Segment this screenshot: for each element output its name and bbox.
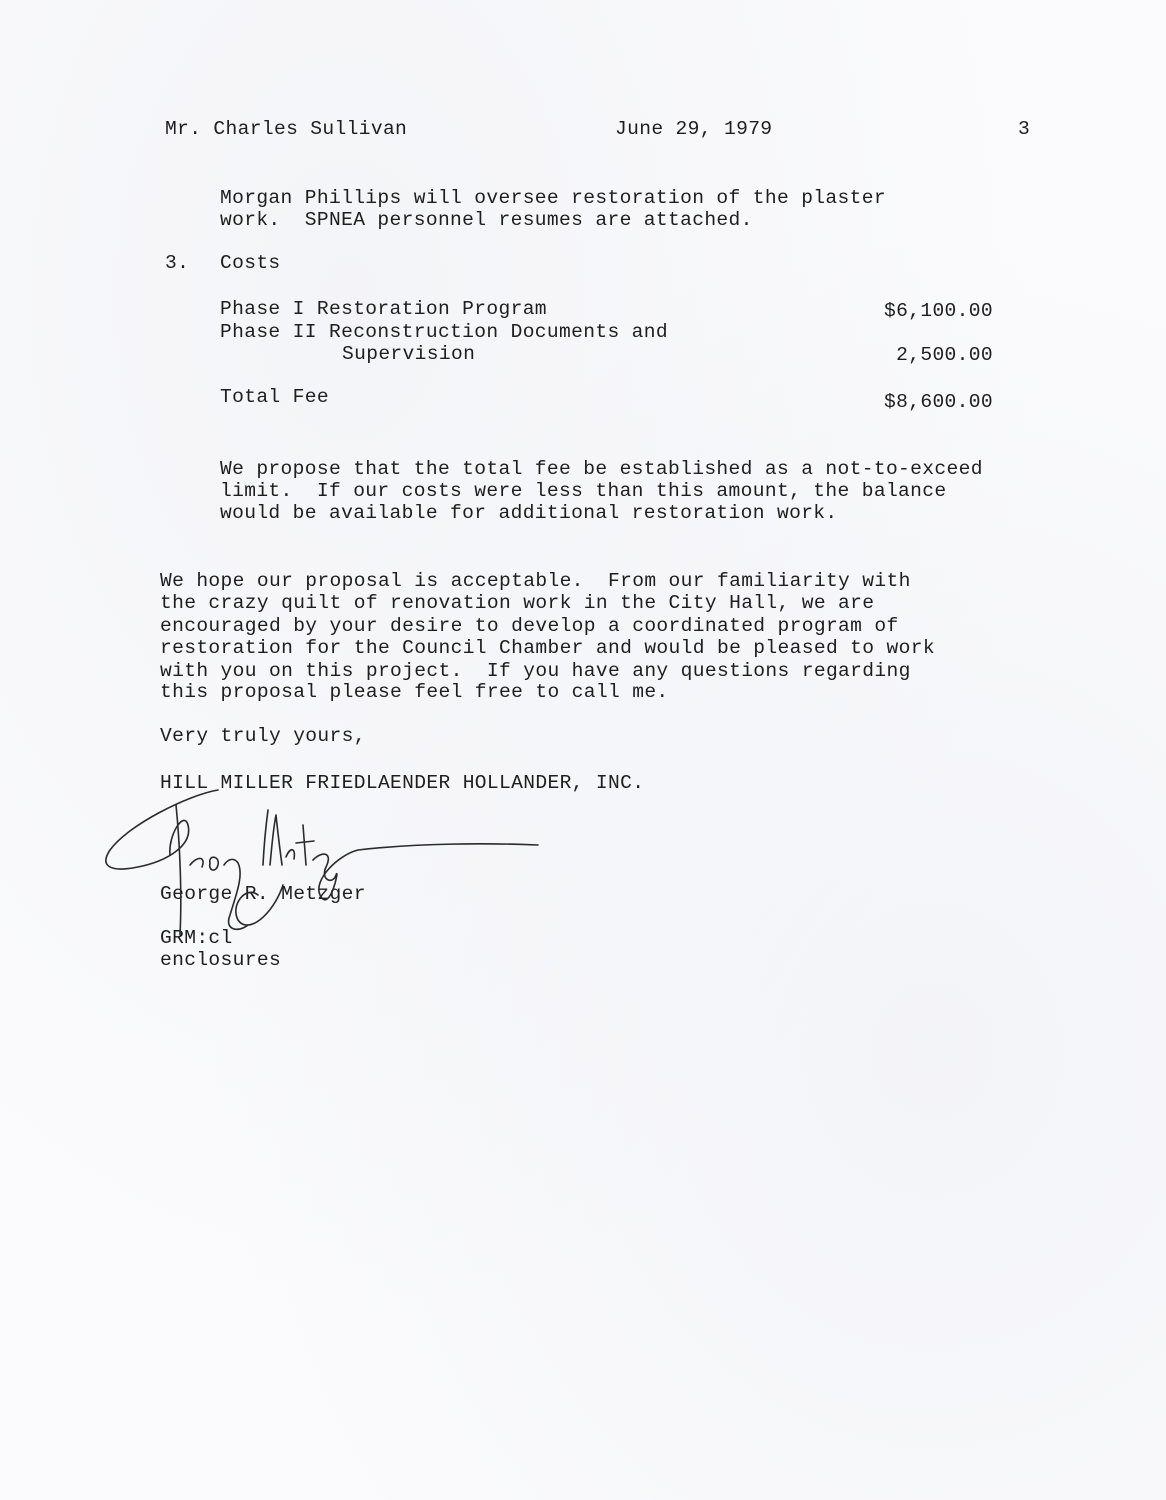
company-name: HILL MILLER FRIEDLAENDER HOLLANDER, INC.: [160, 772, 644, 794]
fee-paragraph-line: limit. If our costs were less than this …: [220, 480, 947, 502]
closing-paragraph-line: with you on this project. If you have an…: [160, 660, 911, 682]
total-fee-amount: $8,600.00: [780, 391, 993, 413]
closing-paragraph-line: this proposal please feel free to call m…: [160, 681, 669, 703]
letter-date: June 29, 1979: [615, 118, 772, 140]
cost-item-label: Phase II Reconstruction Documents and: [220, 321, 668, 343]
recipient-name: Mr. Charles Sullivan: [165, 118, 407, 140]
cost-item-label-continued: Supervision: [342, 343, 475, 365]
salutation: Very truly yours,: [160, 725, 366, 747]
letter-page: Mr. Charles Sullivan June 29, 1979 3 Mor…: [0, 0, 1166, 1500]
intro-line: Morgan Phillips will oversee restoration…: [220, 187, 886, 209]
costs-section-title: Costs: [220, 252, 281, 274]
closing-paragraph-line: We hope our proposal is acceptable. From…: [160, 570, 911, 592]
intro-line: work. SPNEA personnel resumes are attach…: [220, 209, 753, 231]
handwritten-signature: [98, 785, 558, 945]
enclosures-note: enclosures: [160, 949, 281, 971]
typist-initials: GRM:cl: [160, 927, 233, 949]
cost-item-amount: 2,500.00: [780, 344, 993, 366]
signer-name: George R. Metzger: [160, 883, 366, 905]
cost-item-label: Phase I Restoration Program: [220, 298, 547, 320]
closing-paragraph-line: restoration for the Council Chamber and …: [160, 637, 935, 659]
cost-item-amount: $6,100.00: [780, 300, 993, 322]
total-fee-label: Total Fee: [220, 386, 329, 408]
closing-paragraph-line: the crazy quilt of renovation work in th…: [160, 592, 874, 614]
costs-section-number: 3.: [165, 252, 189, 274]
fee-paragraph-line: would be available for additional restor…: [220, 502, 838, 524]
page-number: 3: [1018, 118, 1030, 140]
fee-paragraph-line: We propose that the total fee be establi…: [220, 458, 983, 480]
closing-paragraph-line: encouraged by your desire to develop a c…: [160, 615, 899, 637]
